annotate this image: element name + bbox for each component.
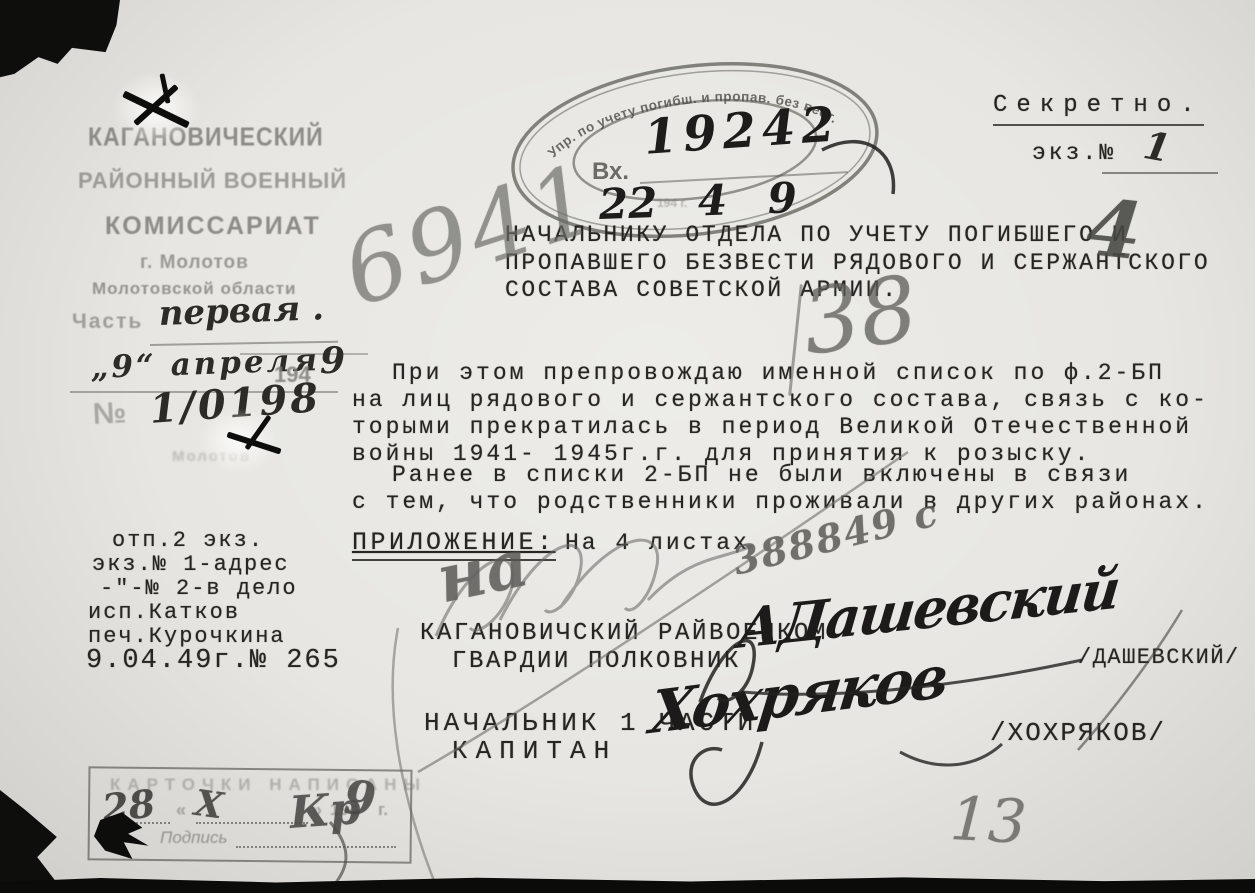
- pencil-bottom-number: 13: [948, 784, 1028, 858]
- letterhead-part-label: Часть: [72, 310, 143, 334]
- letterhead-city: г. Молотов: [140, 252, 249, 274]
- stamp-date-handwritten: 22 4 9: [598, 173, 798, 229]
- signature1-name: /ДАШЕВСКИЙ/: [1078, 645, 1240, 670]
- body-p1-line3: торыми прекратилась в период Великой Оте…: [352, 414, 1192, 440]
- body-p2-line2: с тем, что родственники проживали в друг…: [352, 489, 1209, 515]
- copy-number-label: экз.№: [1032, 140, 1116, 166]
- cards-stamp-month-handwritten: X: [192, 782, 226, 827]
- copies-line1: отп.2 экз.: [112, 528, 264, 553]
- cards-stamp-year-suffix: г.: [378, 800, 388, 820]
- classification-secret: Секретно.: [993, 92, 1204, 126]
- copies-line2: экз.№ 1-адрес: [92, 552, 290, 577]
- pencil-mid-number: 38: [796, 256, 924, 376]
- pencil-check-mark: 4: [1082, 182, 1145, 278]
- body-p1-line1: При этом препровождаю именной список по …: [392, 360, 1165, 386]
- signature1-rank: ГВАРДИИ ПОЛКОВНИК: [452, 648, 741, 675]
- attachment-value: На 4 листах: [565, 530, 750, 556]
- date-year-handwritten: 9: [320, 340, 345, 382]
- cards-stamp-title: КАРТОЧКИ НАПИСАНЫ: [110, 775, 427, 795]
- body-p1-line2: на лиц рядового и сержантского состава, …: [352, 387, 1209, 413]
- copies-line6: 9.04.49г.№ 265: [86, 646, 341, 676]
- signature2-rank: КАПИТАН: [452, 736, 617, 766]
- copies-line3: -"-№ 2-в дело: [100, 576, 298, 601]
- doc-number-label: №: [92, 396, 127, 432]
- cards-stamp-quote-open: «: [176, 800, 186, 821]
- part-number-handwritten: первая .: [158, 288, 325, 334]
- body-p2-line1: Ранее в списки 2-БП не были включены в с…: [392, 462, 1131, 488]
- letterhead-org-line2: РАЙОННЫЙ ВОЕННЫЙ: [78, 168, 347, 194]
- scanned-document: КАГАНОВИЧЕСКИЙ РАЙОННЫЙ ВОЕННЫЙ КОМИССАР…: [0, 0, 1255, 893]
- cards-stamp-sign-label: Подпись: [160, 828, 227, 848]
- cards-stamp-signature-handwritten: Кр: [288, 783, 362, 839]
- copies-line4: исп.Катков: [88, 600, 240, 625]
- signature2-name: /ХОХРЯКОВ/: [990, 718, 1166, 748]
- copy-number-underline: [1102, 172, 1218, 174]
- letterhead-org-line3: КОМИССАРИАТ: [105, 212, 321, 241]
